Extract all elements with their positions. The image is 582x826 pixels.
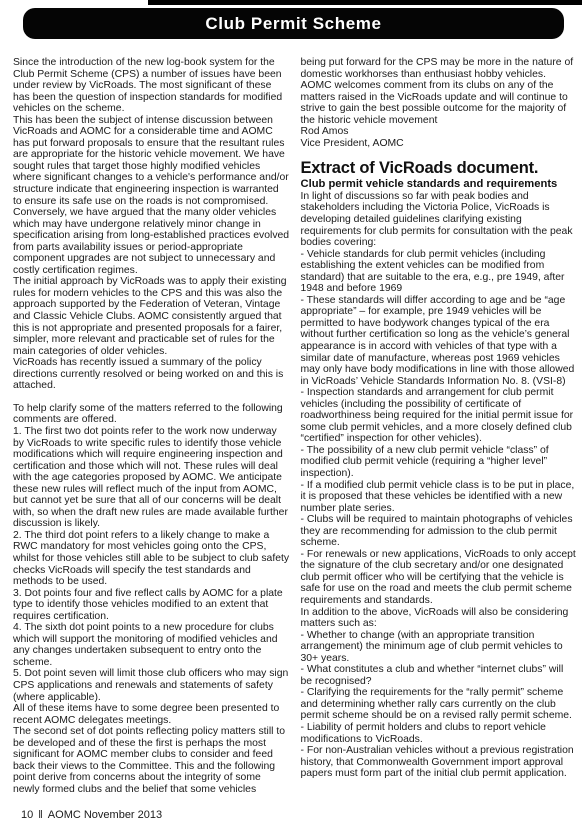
page-number: 10 — [21, 809, 33, 822]
paragraph: To help clarify some of the matters refe… — [13, 403, 290, 426]
page-title: Club Permit Scheme — [205, 14, 381, 34]
paragraph: The initial approach by VicRoads was to … — [13, 276, 290, 357]
paragraph: - For non-Australian vehicles without a … — [301, 745, 578, 780]
extract-heading: Extract of VicRoads document. — [301, 159, 578, 177]
paragraph: - Clubs will be required to maintain pho… — [301, 514, 578, 549]
paragraph: In light of discussions so far with peak… — [301, 191, 578, 249]
paragraph: - These standards will differ according … — [301, 295, 578, 387]
page-footer: 10 ‖ AOMC November 2013 — [21, 809, 162, 822]
extract-subheading: Club permit vehicle standards and requir… — [301, 178, 578, 191]
paragraph: - Vehicle standards for club permit vehi… — [301, 249, 578, 295]
page-title-banner: Club Permit Scheme — [23, 8, 564, 39]
paragraph: - What constitutes a club and whether “i… — [301, 664, 578, 687]
paragraph: 2. The third dot point refers to a likel… — [13, 530, 290, 588]
footer-separator: ‖ — [38, 809, 43, 822]
document-page: Club Permit Scheme Since the introductio… — [0, 0, 582, 826]
paragraph: VicRoads has recently issued a summary o… — [13, 357, 290, 392]
paragraph: 4. The sixth dot point points to a new p… — [13, 622, 290, 668]
paragraph: being put forward for the CPS may be mor… — [301, 57, 578, 126]
paragraph: 5. Dot point seven will limit those club… — [13, 668, 290, 703]
paragraph: The second set of dot points reflecting … — [13, 726, 290, 795]
paragraph: - Inspection standards and arrangement f… — [301, 387, 578, 445]
paragraph: This has been the subject of intense dis… — [13, 115, 290, 207]
paragraph: - Clarifying the requirements for the “r… — [301, 687, 578, 722]
paragraph: Since the introduction of the new log-bo… — [13, 57, 290, 115]
paragraph: - Liability of permit holders and clubs … — [301, 722, 578, 745]
body-columns: Since the introduction of the new log-bo… — [13, 57, 577, 804]
top-edge-bar — [148, 0, 582, 5]
signature-name: Rod Amos — [301, 126, 578, 138]
paragraph: - If a modified club permit vehicle clas… — [301, 480, 578, 515]
paragraph: - Whether to change (with an appropriate… — [301, 630, 578, 665]
paragraph: - The possibility of a new club permit v… — [301, 445, 578, 480]
paragraph: 1. The first two dot points refer to the… — [13, 426, 290, 530]
footer-issue: AOMC November 2013 — [48, 809, 162, 822]
paragraph: - For renewals or new applications, VicR… — [301, 549, 578, 607]
signature-role: Vice President, AOMC — [301, 138, 578, 150]
paragraph: All of these items have to some degree b… — [13, 703, 290, 726]
paragraph: Conversely, we have argued that the many… — [13, 207, 290, 276]
paragraph: In addition to the above, VicRoads will … — [301, 607, 578, 630]
left-column: Since the introduction of the new log-bo… — [13, 57, 290, 804]
paragraph: 3. Dot points four and five reflect call… — [13, 588, 290, 623]
right-column: being put forward for the CPS may be mor… — [301, 57, 578, 804]
